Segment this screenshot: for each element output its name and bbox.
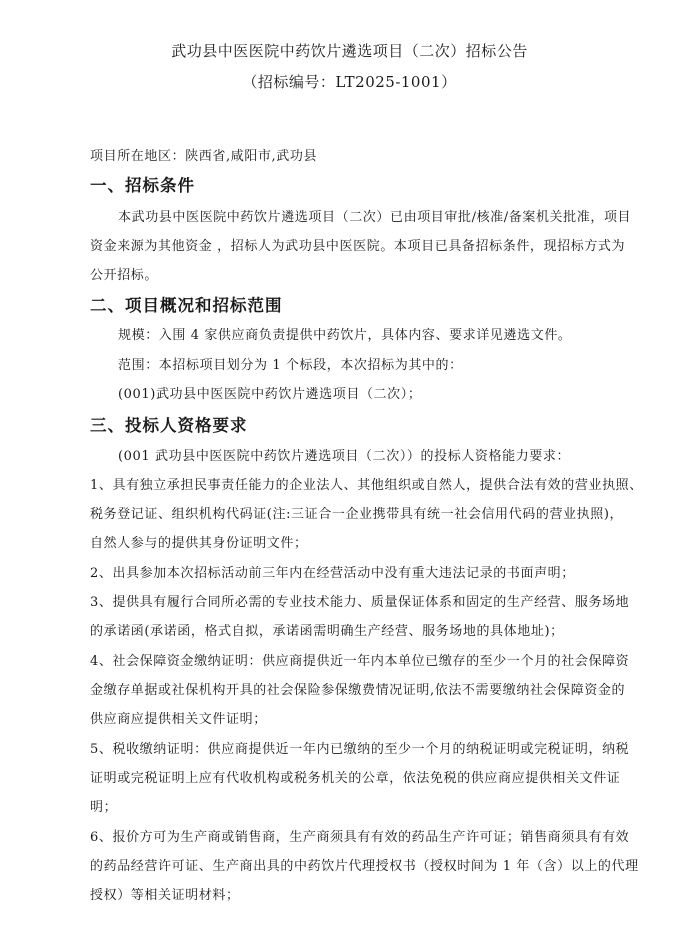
- section-1-line: 本武功县中医医院中药饮片遴选项目（二次）已由项目审批/核准/备案机关批准，项目: [118, 206, 678, 225]
- section-3-line: 供应商应提供相关文件证明；: [90, 708, 650, 727]
- section-2-line: 范围：本招标项目划分为 1 个标段，本次招标为其中的：: [118, 354, 678, 373]
- section-3-line: 的药品经营许可证、生产商出具的中药饮片代理授权书（授权时间为 1 年（含）以上的…: [90, 855, 650, 874]
- section-3-line: 明；: [90, 796, 650, 815]
- section-3-line: 证明或完税证明上应有代收机构或税务机关的公章，依法免税的供应商应提供相关文件证: [90, 767, 650, 786]
- section-heading-1: 一、招标条件: [90, 172, 650, 196]
- section-3-line: 6、报价方可为生产商或销售商，生产商须具有有效的药品生产许可证；销售商须具有有效: [90, 826, 650, 845]
- section-1-line: 资金来源为其他资金 ，招标人为武功县中医医院。本项目已具备招标条件，现招标方式为: [90, 235, 650, 254]
- section-3-line: 的承诺函(承诺函，格式自拟，承诺函需明确生产经营、服务场地的具体地址)；: [90, 620, 650, 639]
- section-3-line: (001 武功县中医医院中药饮片遴选项目（二次））的投标人资格能力要求：: [118, 445, 678, 464]
- project-region: 项目所在地区：陕西省,咸阳市,武功县: [90, 145, 650, 164]
- section-3-line: 税务登记证、组织机构代码证(注:三证合一企业携带具有统一社会信用代码的营业执照)…: [90, 503, 650, 522]
- section-2-line: 规模：入围 4 家供应商负责提供中药饮片，具体内容、要求详见遴选文件。: [118, 324, 678, 343]
- section-3-line: 4、社会保障资金缴纳证明：供应商提供近一年内本单位已缴存的至少一个月的社会保障资: [90, 650, 650, 669]
- document-title: 武功县中医医院中药饮片遴选项目（二次）招标公告: [0, 40, 699, 61]
- section-3-line: 金缴存单据或社保机构开具的社会保险参保缴费情况证明,依法不需要缴纳社会保障资金的: [90, 679, 650, 698]
- section-2-line: (001)武功县中医医院中药饮片遴选项目（二次）；: [118, 383, 678, 402]
- section-3-line: 自然人参与的提供其身份证明文件；: [90, 532, 650, 551]
- document-page: 武功县中医医院中药饮片遴选项目（二次）招标公告 （招标编号：LT2025-100…: [0, 0, 699, 928]
- section-3-line: 授权）等相关证明材料；: [90, 884, 650, 903]
- section-3-line: 1、具有独立承担民事责任能力的企业法人、其他组织或自然人，提供合法有效的营业执照…: [90, 474, 650, 493]
- section-1-line: 公开招标。: [90, 264, 650, 283]
- section-heading-3: 三、投标人资格要求: [90, 412, 650, 436]
- section-3-line: 5、税收缴纳证明：供应商提供近一年内已缴纳的至少一个月的纳税证明或完税证明，纳税: [90, 738, 650, 757]
- section-3-line: 3、提供具有履行合同所必需的专业技术能力、质量保证体系和固定的生产经营、服务场地: [90, 591, 650, 610]
- section-3-line: 2、出具参加本次招标活动前三年内在经营活动中没有重大违法记录的书面声明；: [90, 562, 650, 581]
- tender-number: （招标编号：LT2025-1001）: [0, 71, 699, 92]
- section-heading-2: 二、项目概况和招标范围: [90, 292, 650, 316]
